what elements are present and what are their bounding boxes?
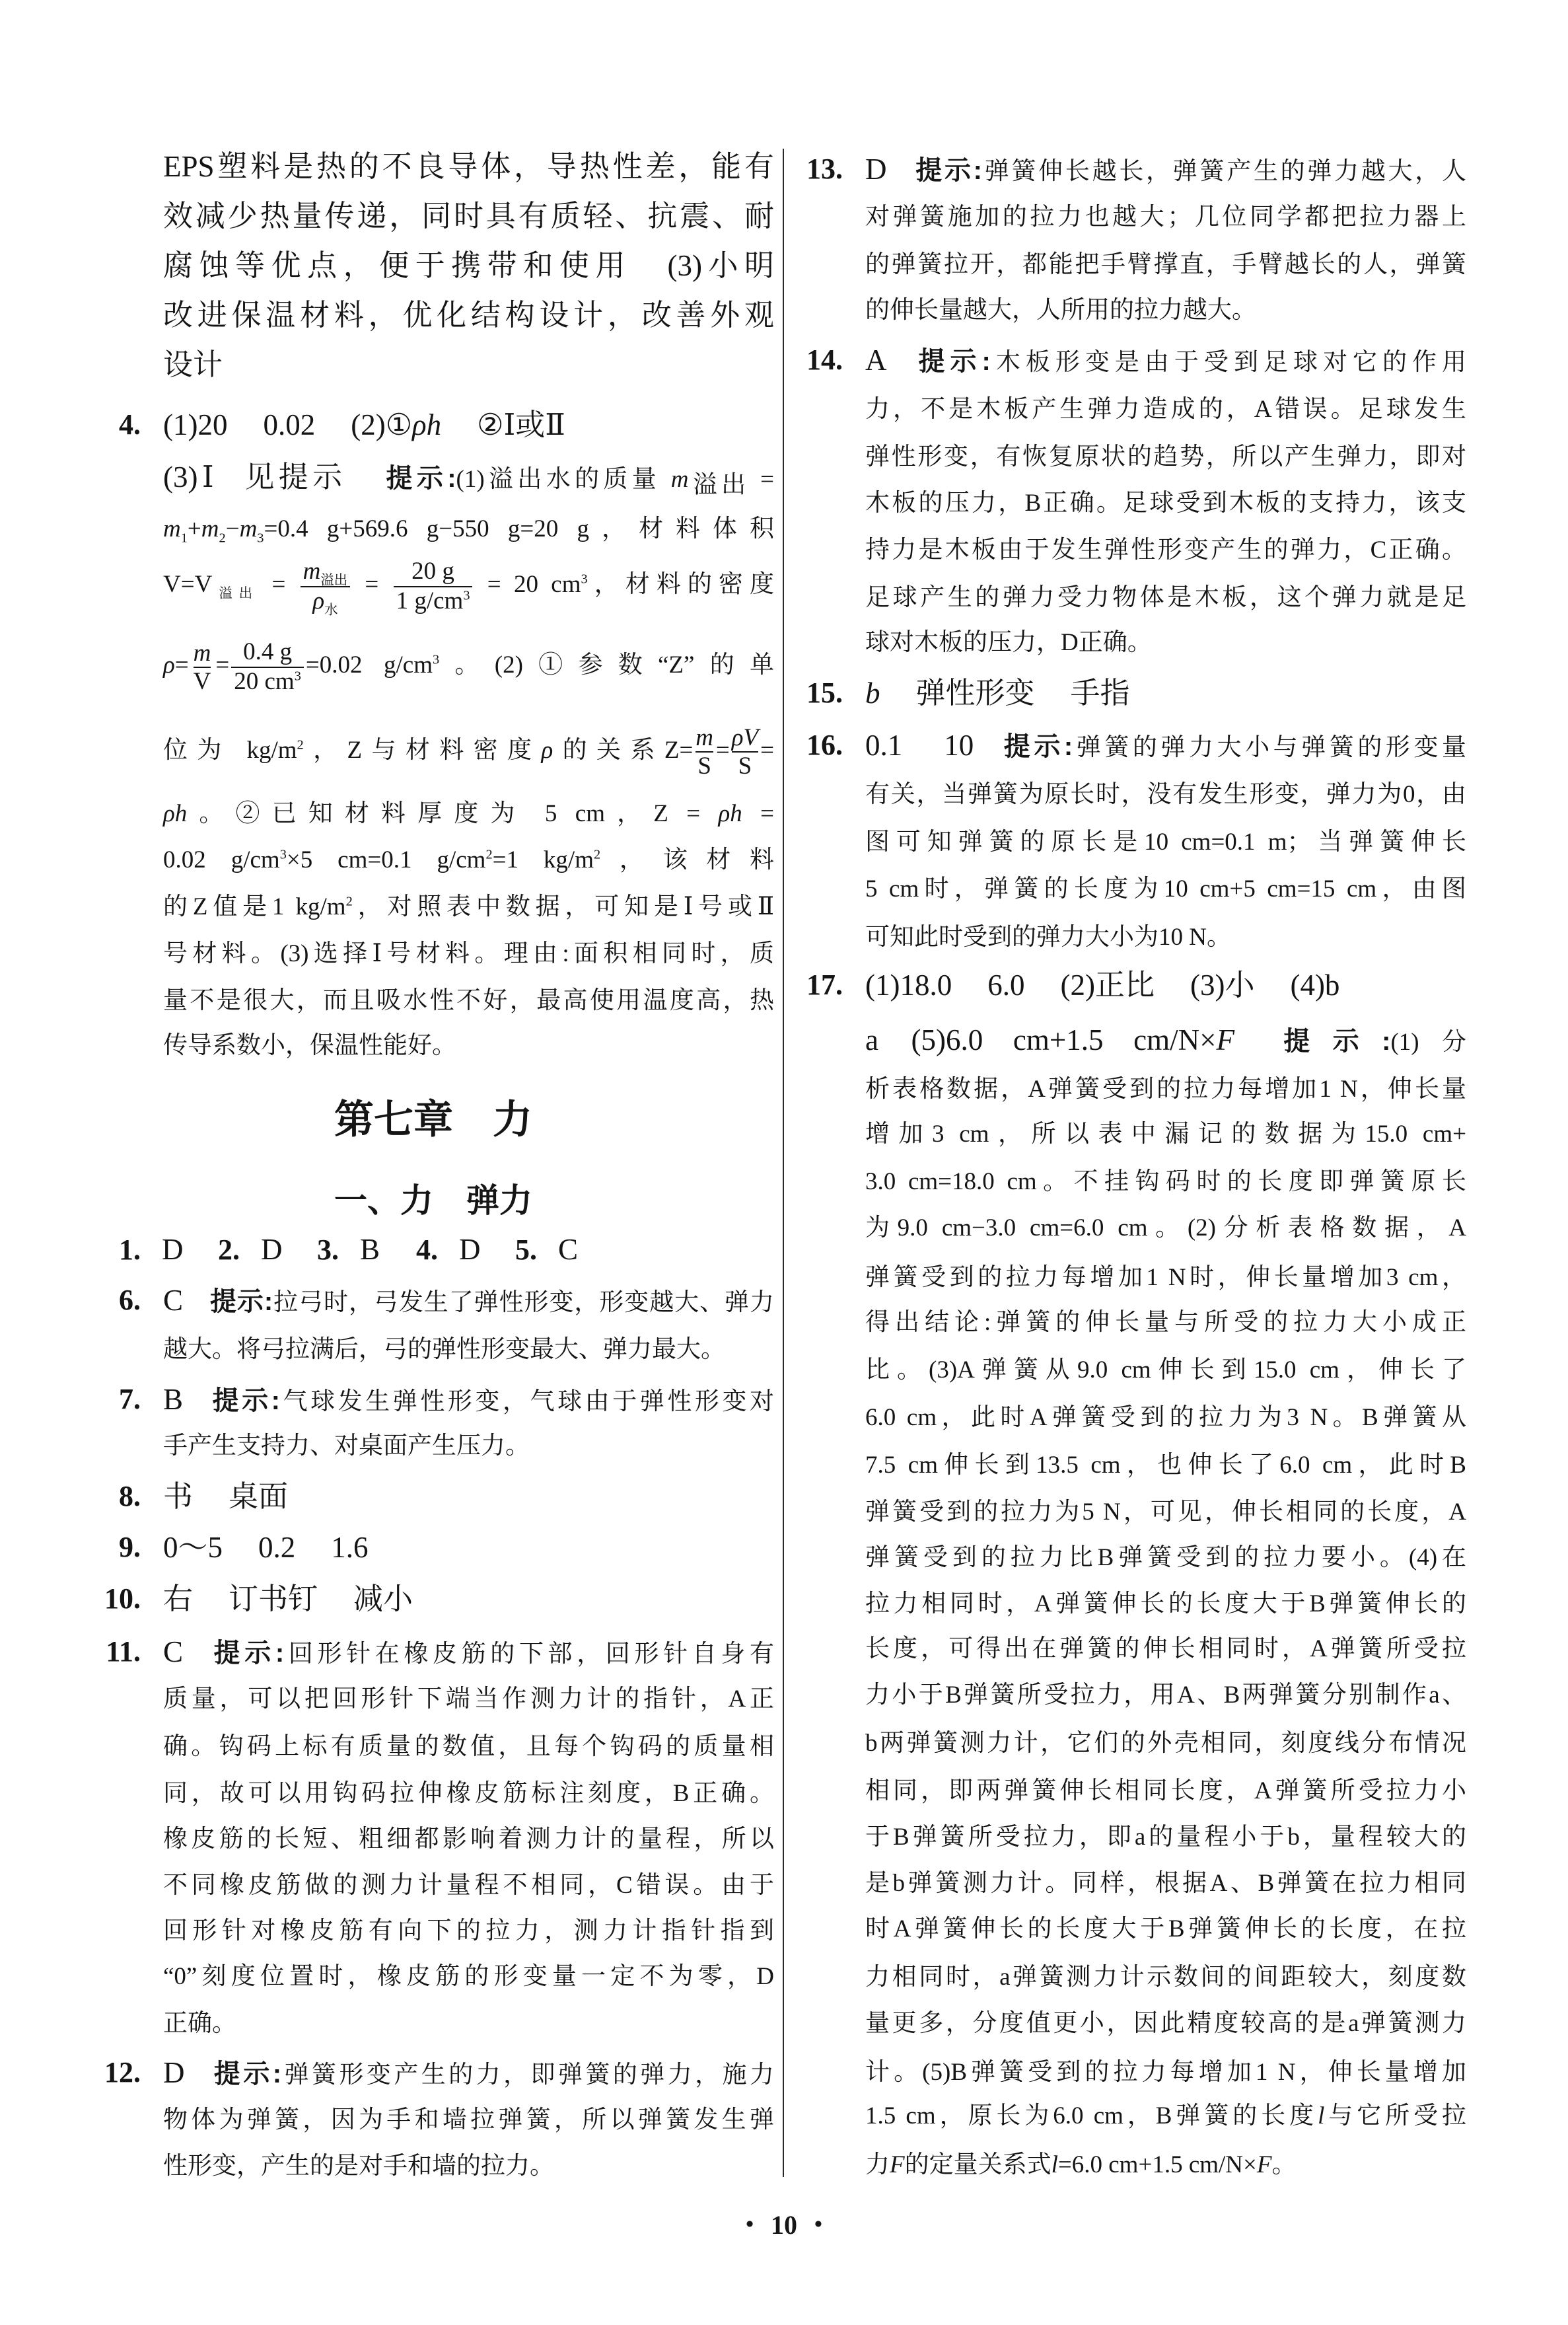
answer: D bbox=[163, 2056, 185, 2089]
denominator: ρ水 bbox=[301, 587, 350, 616]
answer-part: 书 bbox=[163, 1480, 193, 1513]
hint-line: 回形针对橡皮筋有向下的拉力，测力计指针指到 bbox=[163, 1917, 774, 1946]
answer-line: (1)200.02(2)①ρh②Ⅰ或Ⅱ bbox=[163, 407, 774, 443]
hint-line: 质量，可以把回形针下端当作测力计的指针，A正 bbox=[163, 1685, 774, 1714]
superscript: 2 bbox=[297, 737, 304, 752]
answer-line: (1)18.06.0(2)正比(3)小(4)b bbox=[865, 967, 1466, 1003]
hint-formula-line: ρ=mV=0.4 g20 cm3=0.02 g/cm3。(2)①参数“Z”的单 bbox=[163, 638, 774, 696]
variable: F bbox=[890, 2151, 905, 2178]
hint-text: =6.0 cm+1.5 cm/N× bbox=[1058, 2151, 1257, 2178]
question-number: 8. bbox=[119, 1482, 141, 1511]
question-number: 7. bbox=[119, 1385, 141, 1414]
variable: ρ bbox=[312, 587, 324, 614]
left-column: EPS塑料是热的不良导体，导热性差，能有 效减少热量传递，同时具有质轻、抗震、耐… bbox=[163, 0, 774, 2325]
answer-hint-line: a(5)6.0 cm+1.5 cm/N×F提示:(1)分 bbox=[865, 1022, 1466, 1058]
answer-hint-line: (3)Ⅰ见提示提示:(1)溢出水的质量 m溢出 = bbox=[163, 459, 774, 495]
fraction: m溢出ρ水 bbox=[301, 558, 350, 615]
hint-formula-line: m1+m2−m3=0.4 g+569.6 g−550 g=20 g，材料体积 bbox=[163, 515, 774, 544]
answer-part: 10 bbox=[944, 729, 974, 762]
hint-line: 计。(5)B弹簧受到的拉力每增加1 N，伸长量增加 bbox=[865, 2058, 1466, 2087]
answer-part: a bbox=[865, 1023, 878, 1056]
hint-text: 与它所受拉 bbox=[1324, 2102, 1466, 2129]
answer: D bbox=[865, 153, 887, 186]
answer-part: b bbox=[865, 677, 880, 710]
subscript: 溢出 bbox=[212, 587, 259, 601]
hint-text: V=V bbox=[163, 571, 212, 598]
hint-label: 提示: bbox=[386, 464, 456, 493]
variable: m bbox=[201, 515, 219, 542]
hint-text: 1.5 cm，原长为6.0 cm，B弹簧的长度 bbox=[865, 2102, 1318, 2129]
superscript: 2 bbox=[594, 847, 600, 862]
question-number: 15. bbox=[806, 679, 843, 708]
answer: B bbox=[360, 1233, 380, 1266]
answer-part: 弹性形变 bbox=[916, 677, 1035, 710]
hint-line: 为9.0 cm−3.0 cm=6.0 cm。(2)分析表格数据，A bbox=[865, 1214, 1466, 1243]
hint-line: 6.0 cm，此时A弹簧受到的拉力为3 N。B弹簧从 bbox=[865, 1403, 1466, 1432]
hint-line: 5 cm时，弹簧的长度为10 cm+5 cm=15 cm，由图 bbox=[865, 875, 1466, 904]
operator: = bbox=[352, 571, 391, 598]
formula-rho-h: ρh bbox=[412, 408, 441, 441]
hint-line: 同，故可以用钩码拉伸橡皮筋标注刻度，B正确。 bbox=[163, 1779, 774, 1808]
question-number: 4. bbox=[416, 1233, 459, 1268]
answer: D bbox=[162, 1233, 184, 1266]
right-column: 13. D提示:弹簧伸长越长，弹簧产生的弹力越大，人 对弹簧施加的拉力也越大；几… bbox=[865, 0, 1466, 2325]
variable: l bbox=[1318, 2102, 1324, 2129]
question-4: 4.D bbox=[416, 1232, 515, 1268]
variable: l bbox=[1051, 2151, 1058, 2178]
answer-part: 0.02 bbox=[263, 408, 315, 441]
answer: C bbox=[558, 1233, 578, 1266]
hint-line: 力相同时，a弹簧测力计示数间的间距较大，刻度数 bbox=[865, 1963, 1466, 1992]
hint-line: 球对木板的压力，D正确。 bbox=[865, 628, 1466, 657]
denominator: S bbox=[695, 753, 714, 781]
answer-hint-line: A提示:木板形变是由于受到足球对它的作用 bbox=[865, 342, 1466, 378]
hint-text: ×5 cm=0.1 g/cm bbox=[287, 846, 486, 873]
fraction: 20 g1 g/cm3 bbox=[394, 558, 473, 615]
superscript: 3 bbox=[463, 589, 470, 603]
answer-part: 减小 bbox=[353, 1582, 413, 1615]
hint-text: 位为 kg/m bbox=[163, 736, 297, 763]
hint-line: 长度，可得出在弹簧的伸长相同时，A弹簧所受拉 bbox=[865, 1635, 1466, 1664]
hint-line: 橡皮筋的长短、粗细都影响着测力计的量程，所以 bbox=[163, 1825, 774, 1854]
answer-part: (2)正比 bbox=[1060, 969, 1154, 1002]
hint-line: 1.5 cm，原长为6.0 cm，B弹簧的长度l与它所受拉 bbox=[865, 2102, 1466, 2131]
numerator: m bbox=[695, 724, 713, 753]
question-number: 13. bbox=[806, 155, 843, 184]
answer-part: (3)小 bbox=[1190, 969, 1254, 1002]
hint-line: 弹簧受到的拉力每增加1 N时，伸长量增加3 cm， bbox=[865, 1263, 1466, 1292]
subscript: 2 bbox=[219, 531, 226, 545]
denominator: S bbox=[732, 753, 758, 781]
answer: D bbox=[261, 1233, 283, 1266]
operator: + bbox=[188, 515, 201, 542]
hint-line: 性形变，产生的是对手和墙的拉力。 bbox=[163, 2152, 774, 2181]
hint-text: 0.02 g/cm bbox=[163, 846, 280, 873]
fraction: mS bbox=[695, 723, 714, 781]
hint-text: =0.02 g/cm bbox=[306, 651, 433, 679]
superscript: 2 bbox=[485, 847, 492, 862]
hint-line: 增加3 cm，所以表中漏记的数据为15.0 cm+ bbox=[865, 1120, 1466, 1149]
question-number: 11. bbox=[106, 1637, 141, 1666]
subscript: 1 bbox=[181, 531, 188, 545]
hint-label: 提示: bbox=[1261, 1027, 1391, 1056]
answer-part: 0～5 bbox=[163, 1531, 223, 1564]
answer: C bbox=[163, 1284, 183, 1317]
hint-text: =0.4 g+569.6 g−550 g=20 g，材料体积 bbox=[264, 515, 774, 542]
question-number: 4. bbox=[119, 410, 141, 439]
hint-label: 提示: bbox=[913, 156, 983, 185]
operator: = bbox=[742, 800, 774, 827]
question-number: 17. bbox=[806, 971, 843, 1000]
answer-part: (3)Ⅰ bbox=[163, 461, 218, 494]
answer: C bbox=[163, 1635, 183, 1668]
hint-line: 正确。 bbox=[163, 2009, 774, 2038]
variable: m bbox=[240, 515, 258, 542]
answer-text: 腐蚀等优点，便于携带和使用 (3)小明 bbox=[163, 248, 774, 283]
answer-hint-line: 0.110提示:弹簧的弹力大小与弹簧的形变量 bbox=[865, 727, 1466, 763]
hint-text: 。(2)①参数“Z”的单 bbox=[439, 651, 774, 679]
question-number: 16. bbox=[806, 731, 843, 760]
superscript: 3 bbox=[433, 653, 439, 667]
hint-text: 木板形变是由于受到足球对它的作用 bbox=[991, 349, 1466, 376]
variable: m bbox=[671, 466, 689, 493]
answer-hint-line: D提示:弹簧伸长越长，弹簧产生的弹力越大，人 bbox=[865, 151, 1466, 187]
hint-line: 的Z值是1 kg/m2，对照表中数据，可知是Ⅰ号或Ⅱ bbox=[163, 893, 774, 922]
hint-text: 。②已知材料厚度为 5 cm，Z = bbox=[187, 800, 718, 827]
numerator: m bbox=[194, 640, 211, 668]
answer-line: b弹性形变手指 bbox=[865, 675, 1466, 711]
chapter-title-text: 第七章 力 bbox=[334, 1088, 532, 1145]
hint-line: 确。钩码上标有质量的数值，且每个钩码的质量相 bbox=[163, 1732, 774, 1761]
question-2: 2.D bbox=[218, 1232, 317, 1268]
hint-label: 提示: bbox=[209, 1639, 284, 1668]
answer: D bbox=[459, 1233, 481, 1266]
hint-line: 号材料。(3)选择Ⅰ号材料。理由:面积相同时，质 bbox=[163, 940, 774, 969]
hint-text: ，对照表中数据，可知是Ⅰ号或Ⅱ bbox=[353, 893, 774, 920]
page-number-value: 10 bbox=[771, 2209, 797, 2240]
hint-line: 越大。将弓拉满后，弓的弹性形变最大、弹力最大。 bbox=[163, 1335, 774, 1364]
answer-key-page: EPS塑料是热的不良导体，导热性差，能有 效减少热量传递，同时具有质轻、抗震、耐… bbox=[0, 0, 1568, 2325]
hint-text: 弹簧形变产生的力，即弹簧的弹力，施力 bbox=[281, 2061, 774, 2088]
hint-label: 提示: bbox=[211, 2059, 282, 2088]
question-number: 1. bbox=[119, 1233, 162, 1268]
hint-label: 提示: bbox=[209, 1386, 280, 1415]
answer-part: (2)① bbox=[351, 408, 412, 441]
superscript: 3 bbox=[280, 847, 287, 862]
hint-line: 是b弹簧测力计。同样，根据A、B弹簧在拉力相同 bbox=[865, 1869, 1466, 1898]
hint-text: = 20 cm bbox=[474, 571, 581, 598]
hint-line: 力F的定量关系式l=6.0 cm+1.5 cm/N×F。 bbox=[865, 2151, 1466, 2180]
hint-text: 的Z值是1 kg/m bbox=[163, 893, 346, 920]
hint-text: 弹簧的弹力大小与弹簧的形变量 bbox=[1073, 734, 1466, 761]
hint-line: 的弹簧拉开，都能把手臂撑直，手臂越长的人，弹簧 bbox=[865, 250, 1466, 279]
hint-formula-line: ρh。②已知材料厚度为 5 cm，Z = ρh = bbox=[163, 799, 774, 829]
answer-part: 手指 bbox=[1071, 677, 1130, 710]
operator: = bbox=[215, 651, 229, 679]
hint-text: ，Z与材料密度 bbox=[304, 736, 542, 763]
hint-text: 气球发生弹性形变，气球由于弹性形变对 bbox=[280, 1388, 774, 1415]
fraction: 0.4 g20 cm3 bbox=[231, 638, 304, 696]
answer-part: 右 bbox=[163, 1582, 193, 1615]
question-number: 10. bbox=[104, 1584, 141, 1613]
variable: ρ bbox=[541, 736, 553, 763]
answer-part: (1)20 bbox=[163, 408, 227, 441]
hint-line: 时A弹簧伸长的长度大于B弹簧伸长的长度，在拉 bbox=[865, 1915, 1466, 1944]
question-number: 5. bbox=[515, 1233, 558, 1268]
answer-part: (4)b bbox=[1290, 969, 1339, 1002]
variable: ρ bbox=[163, 651, 175, 679]
operator: = bbox=[259, 571, 298, 598]
denominator-text: 1 g/cm bbox=[396, 587, 464, 614]
hint-label: 提示: bbox=[913, 347, 991, 376]
answer: B bbox=[163, 1383, 183, 1416]
hint-text: (1)分 bbox=[1390, 1029, 1466, 1056]
hint-line: 力小于B弹簧所受拉力，用A、B两弹簧分别制作a、 bbox=[865, 1681, 1466, 1710]
hint-line: 持力是木板由于发生弹性形变产生的弹力，C正确。 bbox=[865, 536, 1466, 565]
hint-line: 可知此时受到的弹力大小为10 N。 bbox=[865, 923, 1466, 952]
variable: ρh bbox=[163, 800, 187, 827]
bullet-icon: • bbox=[814, 2212, 822, 2237]
numerator: m溢出 bbox=[301, 558, 350, 587]
answer-part: 桌面 bbox=[229, 1480, 288, 1513]
hint-label: 提示: bbox=[1000, 732, 1073, 761]
fraction: ρVS bbox=[732, 723, 758, 781]
hint-formula-line: V=V溢出 = m溢出ρ水 = 20 g1 g/cm3 = 20 cm3，材料的… bbox=[163, 558, 774, 615]
hint-line: b两弹簧测力计，它们的外壳相同，刻度线分布情况 bbox=[865, 1729, 1466, 1758]
hint-line: 7.5 cm伸长到13.5 cm，也伸长了6.0 cm，此时B bbox=[865, 1451, 1466, 1480]
subscript: 溢出 bbox=[688, 471, 750, 498]
hint-line: 物体为弹簧，因为手和墙拉弹簧，所以弹簧发生弹 bbox=[163, 2106, 774, 2135]
answer-line: 0～50.21.6 bbox=[163, 1530, 774, 1565]
answer-part: ②Ⅰ或Ⅱ bbox=[477, 408, 565, 441]
hint-text: 。 bbox=[1272, 2151, 1297, 2178]
hint-text: (1)溢出水的质量 bbox=[456, 466, 671, 493]
fraction: mV bbox=[191, 639, 214, 696]
hint-line: 弹簧受到的拉力为5 N，可见，伸长相同的长度，A bbox=[865, 1498, 1466, 1527]
answer: A bbox=[865, 344, 887, 377]
hint-text: =1 kg/m bbox=[493, 846, 594, 873]
operator: = bbox=[175, 651, 189, 679]
variable: m bbox=[163, 515, 181, 542]
hint-line: 弹性形变，有恢复原状的趋势，所以产生弹力，即对 bbox=[865, 443, 1466, 472]
hint-line: 对弹簧施加的拉力也越大；几位同学都把拉力器上 bbox=[865, 203, 1466, 232]
answer-part: (1)18.0 bbox=[865, 969, 952, 1002]
hint-line: 得出结论:弹簧的伸长量与所受的拉力大小成正 bbox=[865, 1308, 1466, 1337]
answer-text: 改进保温材料，优化结构设计，改善外观 bbox=[163, 297, 774, 333]
hint-text: = bbox=[750, 466, 774, 493]
bullet-icon: • bbox=[746, 2212, 754, 2237]
hint-text: 的定量关系式 bbox=[905, 2151, 1051, 2178]
subscript: 3 bbox=[257, 531, 264, 545]
hint-line: 图可知弹簧的原长是10 cm=0.1 m；当弹簧伸长 bbox=[865, 828, 1466, 857]
question-number: 6. bbox=[119, 1286, 141, 1315]
variable: F bbox=[1216, 1023, 1234, 1056]
hint-line: 不同橡皮筋做的测力计量程不相同，C错误。由于 bbox=[163, 1871, 774, 1900]
hint-line: 弹簧受到的拉力比B弹簧受到的拉力要小。(4)在 bbox=[865, 1543, 1466, 1572]
answer-hint-line: C提示:拉弓时，弓发生了弹性形变，形变越大、弹力 bbox=[163, 1282, 774, 1318]
subscript: 溢出 bbox=[320, 573, 347, 588]
answer-line: 右订书钉减小 bbox=[163, 1581, 774, 1617]
variable: m bbox=[303, 558, 321, 585]
answer-part: 0.2 bbox=[258, 1531, 295, 1564]
answer-note: 见提示 bbox=[244, 461, 346, 494]
answer-text: 效减少热量传递，同时具有质轻、抗震、耐 bbox=[163, 198, 774, 234]
operator: = bbox=[760, 736, 774, 763]
answer-part: 订书钉 bbox=[229, 1582, 318, 1615]
answer-line: 书桌面 bbox=[163, 1479, 774, 1514]
hint-text: 力 bbox=[865, 2151, 890, 2178]
hint-line: 木板的压力，B正确。足球受到木板的支持力，该支 bbox=[865, 489, 1466, 518]
numerator: ρV bbox=[732, 724, 758, 753]
hint-line: 手产生支持力、对桌面产生压力。 bbox=[163, 1432, 774, 1461]
hint-text: 拉弓时，弓发生了弹性形变，形变越大、弹力 bbox=[273, 1289, 774, 1316]
denominator: 20 cm3 bbox=[231, 668, 304, 696]
hint-text: 弹簧伸长越长，弹簧产生的弹力越大，人 bbox=[982, 158, 1466, 185]
hint-formula-line: 位为 kg/m2，Z与材料密度ρ的关系Z=mS=ρVS= bbox=[163, 723, 774, 781]
answer-part: 1.6 bbox=[331, 1531, 368, 1564]
variable: ρh bbox=[718, 800, 742, 827]
hint-text: 的关系Z= bbox=[553, 736, 693, 763]
hint-line: 有关，当弹簧为原长时，没有发生形变，弹力为0，由 bbox=[865, 780, 1466, 809]
hint-line: 量更多，分度值更小，因此精度较高的是a弹簧测力 bbox=[865, 2009, 1466, 2038]
superscript: 3 bbox=[295, 669, 301, 684]
column-divider bbox=[783, 149, 784, 2177]
denominator: 1 g/cm3 bbox=[394, 587, 473, 616]
superscript: 2 bbox=[346, 894, 353, 908]
hint-line: 力，不是木板产生弹力造成的，A错误。足球发生 bbox=[865, 395, 1466, 424]
hint-line: 传导系数小，保温性能好。 bbox=[163, 1031, 774, 1060]
denominator: V bbox=[191, 668, 214, 696]
hint-line: 于B弹簧所受拉力，即a的量程小于b，量程较大的 bbox=[865, 1823, 1466, 1852]
hint-line: “0”刻度位置时，橡皮筋的形变量一定不为零，D bbox=[163, 1962, 774, 1991]
hint-text: ，该材料 bbox=[600, 846, 774, 873]
question-number: 14. bbox=[806, 346, 843, 375]
hint-line: 拉力相同时，A弹簧伸长的长度大于B弹簧伸长的 bbox=[865, 1590, 1466, 1619]
question-number: 9. bbox=[119, 1533, 141, 1562]
question-number: 3. bbox=[317, 1233, 360, 1268]
numerator: 20 g bbox=[394, 558, 473, 587]
section-title-text: 一、力 弹力 bbox=[334, 1174, 532, 1222]
question-number: 2. bbox=[218, 1233, 261, 1268]
question-1: 1.D bbox=[119, 1232, 218, 1268]
answer-hint-line: D提示:弹簧形变产生的力，即弹簧的弹力，施力 bbox=[163, 2055, 774, 2090]
hint-line: 足球产生的弹力受力物体是木板，这个弹力就是足 bbox=[865, 583, 1466, 612]
hint-line: 的伸长量越大，人所用的拉力越大。 bbox=[865, 296, 1466, 325]
question-5: 5.C bbox=[515, 1232, 614, 1268]
superscript: 3 bbox=[581, 572, 587, 587]
answer-hint-line: B提示:气球发生弹性形变，气球由于弹性形变对 bbox=[163, 1382, 774, 1417]
answer-text: EPS塑料是热的不良导体，导热性差，能有 bbox=[163, 149, 774, 184]
question-3: 3.B bbox=[317, 1232, 416, 1268]
hint-line: 量不是很大，而且吸水性不好，最高使用温度高，热 bbox=[163, 986, 774, 1015]
answer-hint-line: C提示:回形针在橡皮筋的下部，回形针自身有 bbox=[163, 1634, 774, 1670]
question-number: 12. bbox=[104, 2058, 141, 2087]
answer-line: 1.D2.D3.B4.D5.C bbox=[119, 1232, 614, 1268]
hint-text: ，材料的密度 bbox=[588, 571, 774, 598]
subscript: 水 bbox=[324, 603, 338, 617]
hint-line: 相同，即两弹簧伸长相同长度，A弹簧所受拉力小 bbox=[865, 1777, 1466, 1806]
hint-line: 比。(3)A弹簧从9.0 cm伸长到15.0 cm，伸长了 bbox=[865, 1356, 1466, 1385]
hint-line: 析表格数据，A弹簧受到的拉力每增加1 N，伸长量 bbox=[865, 1075, 1466, 1104]
answer-part: 6.0 bbox=[987, 969, 1024, 1002]
hint-text: 回形针在橡皮筋的下部，回形针自身有 bbox=[284, 1641, 774, 1668]
answer-part: 0.1 bbox=[865, 729, 902, 762]
hint-label: 提示: bbox=[209, 1287, 273, 1316]
denominator-text: 20 cm bbox=[234, 668, 294, 695]
hint-line: 3.0 cm=18.0 cm。不挂钩码时的长度即弹簧原长 bbox=[865, 1167, 1466, 1197]
operator: = bbox=[716, 736, 730, 763]
answer-formula: (5)6.0 cm+1.5 cm/N× bbox=[911, 1023, 1216, 1056]
answer-text: 设计 bbox=[163, 347, 774, 383]
numerator: 0.4 g bbox=[231, 638, 304, 668]
hint-formula-line: 0.02 g/cm3×5 cm=0.1 g/cm2=1 kg/m2，该材料 bbox=[163, 846, 774, 875]
operator: − bbox=[226, 515, 240, 542]
variable: F bbox=[1257, 2151, 1272, 2178]
